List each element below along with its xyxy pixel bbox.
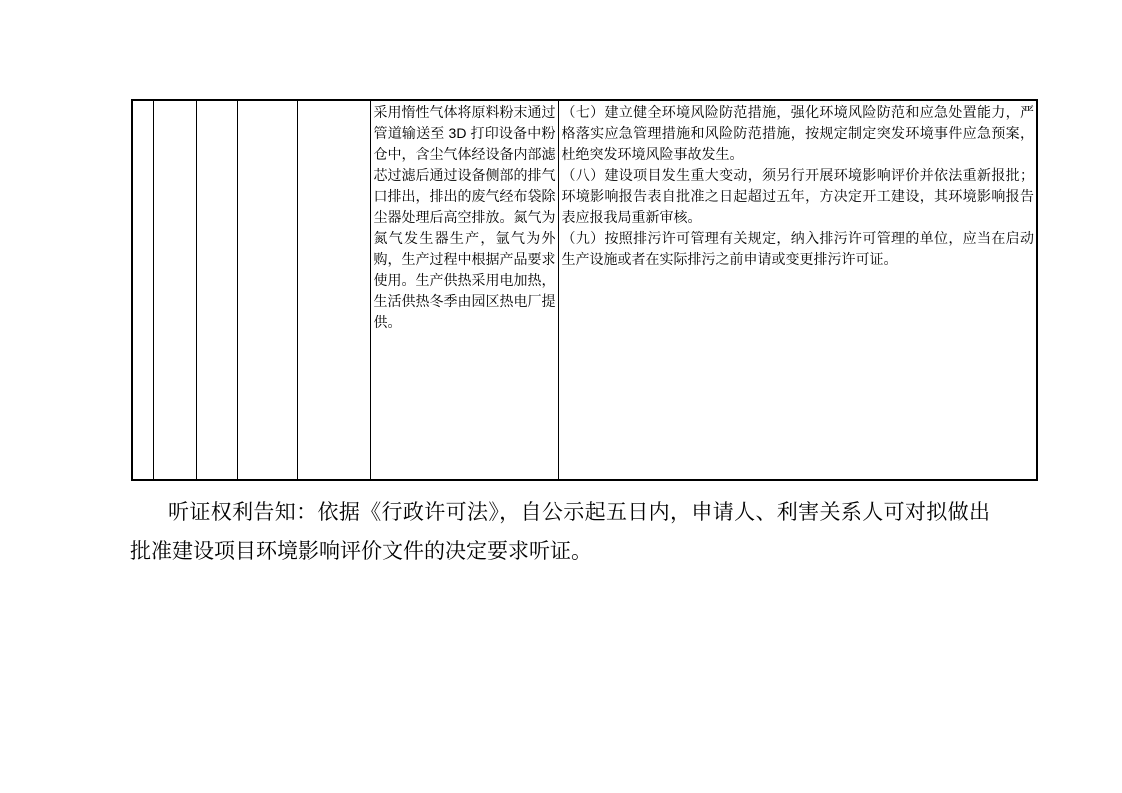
empty-cell-5 xyxy=(297,100,370,480)
requirement-item-9: （九）按照排污许可管理有关规定，纳入排污许可管理的单位，应当在启动生产设施或者在… xyxy=(562,228,1035,270)
approval-table: 采用惰性气体将原料粉末通过管道输送至 3D 打印设备中粉仓中，含尘气体经设备内部… xyxy=(131,99,1038,481)
empty-cell-1 xyxy=(132,100,153,480)
requirement-item-8: （八）建设项目发生重大变动，须另行开展环境影响评价并依法重新报批；环境影响报告表… xyxy=(562,165,1035,228)
empty-cell-4 xyxy=(237,100,297,480)
requirement-item-7: （七）建立健全环境风险防范措施，强化环境风险防范和应急处置能力，严格落实应急管理… xyxy=(562,102,1035,165)
empty-cell-3 xyxy=(196,100,237,480)
project-process-text: 采用惰性气体将原料粉末通过管道输送至 3D 打印设备中粉仓中，含尘气体经设备内部… xyxy=(374,102,556,333)
hearing-rights-notice: 听证权利告知：依据《行政许可法》，自公示起五日内，申请人、利害关系人可对拟做出批… xyxy=(130,494,990,571)
document-page: 采用惰性气体将原料粉末通过管道输送至 3D 打印设备中粉仓中，含尘气体经设备内部… xyxy=(0,0,1122,793)
empty-cell-2 xyxy=(153,100,196,480)
approval-requirements-cell: （七）建立健全环境风险防范措施，强化环境风险防范和应急处置能力，严格落实应急管理… xyxy=(558,100,1037,480)
table-row: 采用惰性气体将原料粉末通过管道输送至 3D 打印设备中粉仓中，含尘气体经设备内部… xyxy=(132,100,1037,480)
project-process-cell: 采用惰性气体将原料粉末通过管道输送至 3D 打印设备中粉仓中，含尘气体经设备内部… xyxy=(370,100,558,480)
